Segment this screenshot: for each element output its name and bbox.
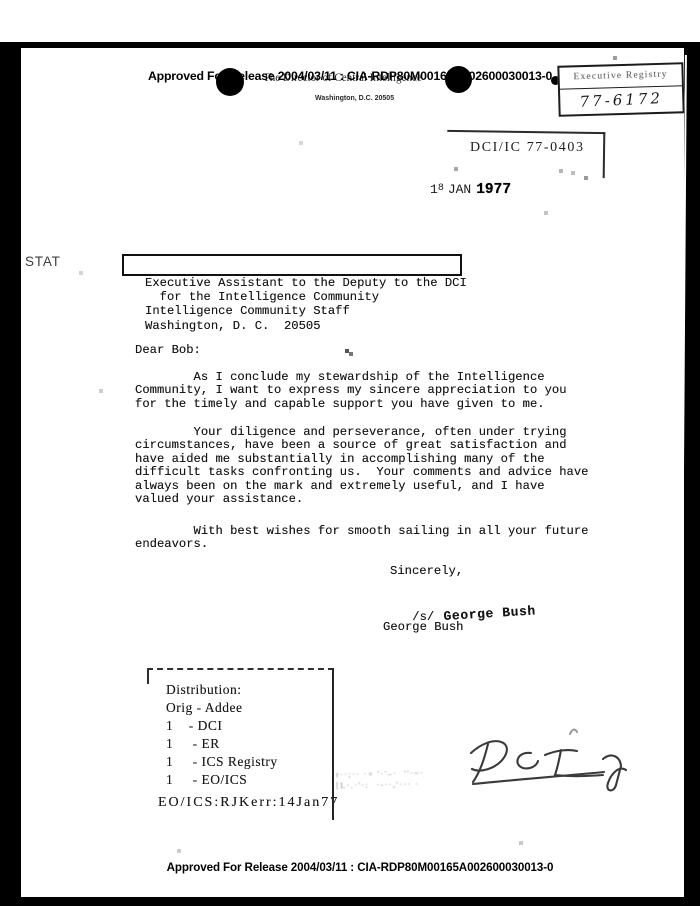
stat-margin-note: STAT <box>25 254 61 269</box>
letterhead-city: Washington, D.C. 20505 <box>315 95 394 102</box>
address-block: Executive Assistant to the Deputy to the… <box>145 276 467 333</box>
body-paragraph-3: With best wishes for smooth sailing in a… <box>135 525 588 552</box>
header-approval-line: Approved For Release 2004/03/11 : CIA-RD… <box>148 69 552 83</box>
scrawl-c <box>517 753 538 769</box>
scan-border-top <box>0 42 700 48</box>
body-paragraph-2: Your diligence and perseverance, often u… <box>135 426 588 506</box>
redaction-dot <box>216 68 244 96</box>
body-paragraph-1: As I conclude my stewardship of the Inte… <box>135 371 567 411</box>
scanned-letter-page: The Director of Central Intelligence App… <box>0 0 700 906</box>
scan-border-right <box>684 42 700 906</box>
footer-approval-line: Approved For Release 2004/03/11 : CIA-RD… <box>20 861 700 874</box>
routing-line: EO/ICS:RJKerr:14Jan77 <box>158 794 339 812</box>
registry-stamp-number: 77-6172 <box>560 85 683 115</box>
scan-border-bottom <box>0 897 700 906</box>
date-month: JAN <box>448 182 471 197</box>
scrawl-tick <box>570 730 577 734</box>
date-day: 1 <box>430 182 438 197</box>
date-day-sup: 8 <box>438 183 444 194</box>
scan-speckles <box>0 0 2 2</box>
scan-border-left <box>0 42 21 906</box>
redaction-box <box>122 254 462 276</box>
executive-registry-stamp: Executive Registry 77-6172 <box>557 62 684 116</box>
scrawl-d-bowl <box>471 741 507 770</box>
handwritten-dci-annotation <box>410 722 655 807</box>
closing: Sincerely, <box>390 565 463 578</box>
redaction-dot <box>445 66 472 93</box>
scrawl-underline-2 <box>555 775 603 776</box>
scrawl-i-stem <box>555 750 561 775</box>
distribution-list: Distribution: Orig - Addee 1 - DCI 1 - E… <box>166 681 278 789</box>
scrawl-flourish <box>603 755 626 790</box>
distribution-box-left-tick <box>147 668 149 684</box>
date-stamp: 18JAN1977 <box>430 182 511 198</box>
salutation: Dear Bob: <box>135 344 201 357</box>
typed-signer-name: George Bush <box>383 621 463 634</box>
doc-number: DCI/IC 77-0403 <box>470 140 585 156</box>
date-year: 1977 <box>476 182 511 198</box>
scrawl-underline <box>473 772 604 784</box>
